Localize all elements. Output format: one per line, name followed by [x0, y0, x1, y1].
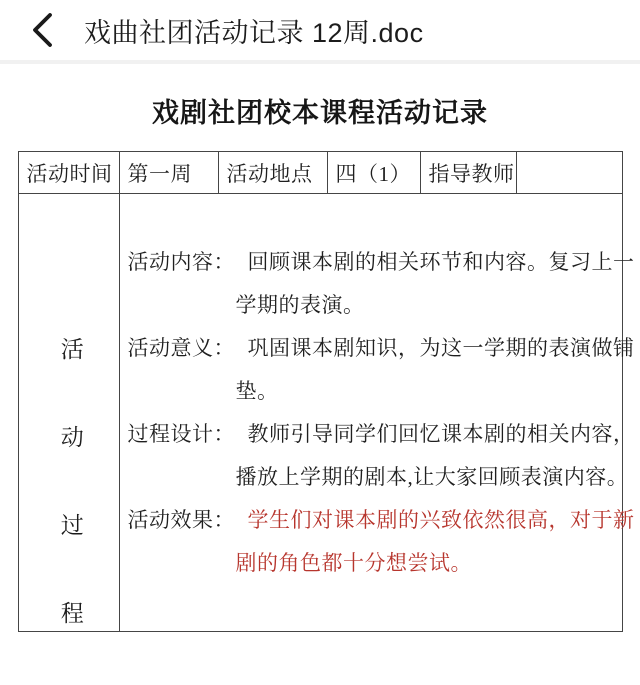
activity-record-table: 活动时间 第一周 活动地点 四（1） 指导教师 活 动 过 程 活动内容：: [18, 151, 623, 632]
back-button[interactable]: [30, 10, 64, 50]
paragraph-text: 教师引导同学们回忆课本剧的相关内容， 播放上学期的剧本,让大家回顾表演内容。: [236, 413, 622, 499]
paragraph-text: 巩固课本剧知识，为这一学期的表演做铺 垫。: [236, 327, 622, 413]
document-page: 戏剧社团校本课程活动记录 活动时间 第一周 活动地点 四（1） 指导教师 活 动…: [0, 64, 640, 632]
paragraph-activity-effect: 活动效果： 学生们对课本剧的兴致依然很高，对于新 剧的角色都十分想尝试。: [128, 499, 622, 585]
file-title: 戏曲社团活动记录 12周.doc: [84, 11, 424, 50]
paragraph-text-red: 学生们对课本剧的兴致依然很高，对于新 剧的角色都十分想尝试。: [236, 499, 622, 585]
table-body-row: 活 动 过 程 活动内容： 回顾课本剧的相关环节和内容。复习上一 学期的表演。 …: [18, 194, 622, 632]
paragraph-label: 过程设计：: [128, 413, 236, 499]
app-bar: 戏曲社团活动记录 12周.doc: [0, 0, 640, 64]
process-column-cell: 活 动 过 程: [18, 194, 119, 632]
cell-teacher-value: [516, 152, 622, 194]
paragraph-activity-meaning: 活动意义： 巩固课本剧知识，为这一学期的表演做铺 垫。: [128, 327, 622, 413]
paragraph-process-design: 过程设计： 教师引导同学们回忆课本剧的相关内容， 播放上学期的剧本,让大家回顾表…: [128, 413, 622, 499]
chevron-left-icon: [30, 12, 54, 48]
paragraph-text: 回顾课本剧的相关环节和内容。复习上一 学期的表演。: [236, 241, 622, 327]
cell-activity-place-value: 四（1）: [327, 152, 420, 194]
cell-activity-time-value: 第一周: [119, 152, 218, 194]
process-content-cell: 活动内容： 回顾课本剧的相关环节和内容。复习上一 学期的表演。 活动意义： 巩固…: [119, 194, 622, 632]
cell-activity-time-label: 活动时间: [18, 152, 119, 194]
paragraph-label: 活动内容：: [128, 241, 236, 327]
document-title: 戏剧社团校本课程活动记录: [0, 91, 640, 130]
cell-activity-place-label: 活动地点: [218, 152, 327, 194]
process-char: 动: [61, 425, 85, 451]
table-header-row: 活动时间 第一周 活动地点 四（1） 指导教师: [18, 152, 622, 194]
paragraph-activity-content: 活动内容： 回顾课本剧的相关环节和内容。复习上一 学期的表演。: [128, 241, 622, 327]
process-char: 程: [61, 601, 85, 627]
paragraph-label: 活动意义：: [128, 327, 236, 413]
process-char: 活: [61, 337, 85, 363]
vertical-label-activity-process: 活 动 过 程: [27, 199, 119, 627]
cell-teacher-label: 指导教师: [420, 152, 516, 194]
paragraph-label: 活动效果：: [128, 499, 236, 585]
process-char: 过: [61, 513, 85, 539]
